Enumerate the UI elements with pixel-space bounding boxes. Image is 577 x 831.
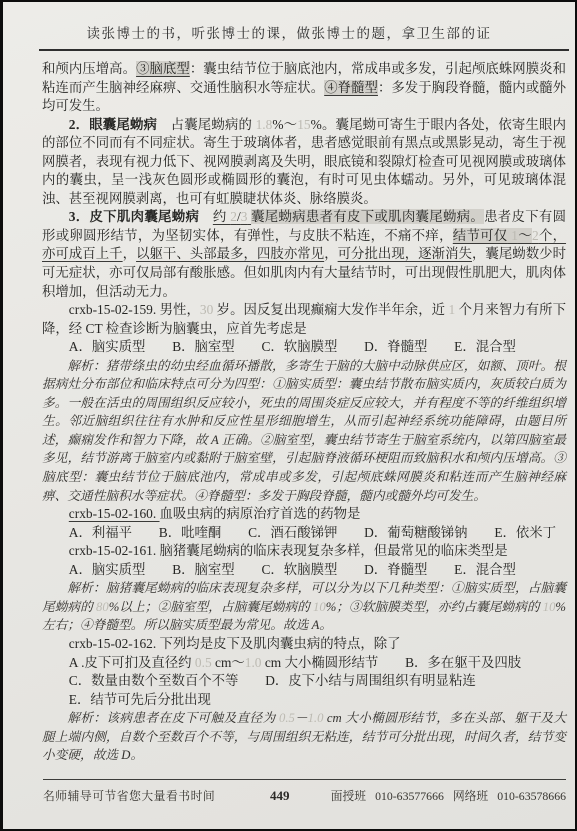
text-segment: 占囊尾蚴病的	[171, 117, 256, 132]
question-160-stem: crxb-15-02-160. 血吸虫病的病原治疗首选的药物是	[42, 505, 566, 524]
text-segment: 1.0	[245, 655, 262, 670]
footer-contact: 面授班 010-63577666 网络班 010-63578666	[325, 787, 566, 804]
header-rule	[39, 49, 569, 51]
text-segment: A．利福平 B．吡喹酮 C．酒石酸锑钾 D．葡萄糖酸锑钠 E．依米丁	[69, 525, 556, 540]
text-segment: C．数量由数个至数百个不等 D．皮下小结与周围组织有明显粘连	[69, 673, 476, 688]
question-162-options-ab: A .皮下可扪及直径约 0.5 cm～1.0 cm 大小椭圆形结节 B．多在躯干…	[42, 654, 566, 673]
text-segment: 解析：猪带绦虫的幼虫经血循环播散，多寄生于脑的大脑中动脉供应区，如额、顶叶。根据…	[42, 359, 566, 503]
text-segment: 囊尾蚴病患者有皮下或肌肉囊尾蚴病。	[251, 209, 484, 224]
question-160-options: A．利福平 B．吡喹酮 C．酒石酸锑钾 D．葡萄糖酸锑钠 E．依米丁	[42, 524, 566, 543]
text-segment: 10	[543, 600, 556, 614]
text-segment: 2	[230, 209, 237, 224]
text-segment: 1.0	[308, 711, 324, 725]
text-segment: 1	[508, 228, 518, 243]
paragraph-subcutaneous-cysticercosis: 3．皮下肌肉囊尾蚴病 约 2/3 囊尾蚴病患者有皮下或肌肉囊尾蚴病。患者皮下有圆…	[42, 208, 566, 301]
text-segment: 1.8	[256, 117, 273, 132]
page-header-slogan: 读张博士的书，听张博士的课，做张博士的题，拿卫生部的证	[3, 2, 575, 42]
footer-slogan: 名师辅导可节省您大量看书时间	[43, 787, 235, 804]
footer-contact-2-label: 网络班	[453, 789, 488, 803]
question-159-options: A．脑实质型 B．脑室型 C．软脑膜型 D．脊髓型 E．混合型	[42, 338, 566, 357]
footer-contact-1-phone: 010-63577666	[375, 789, 444, 803]
text-segment: ，	[123, 246, 136, 261]
text-segment: 3．皮下肌肉囊尾蚴病	[69, 209, 213, 224]
question-161-analysis: 解析：脑猪囊尾蚴病的临床表现复杂多样，可以分为以下几种类型：①脑实质型，占脑囊尾…	[42, 579, 566, 635]
text-segment: ③脑底型	[136, 61, 190, 76]
text-segment: 以躯干、头部最多，四肢亦常见	[136, 246, 324, 261]
question-162-stem: crxb-15-02-162. 下列均是皮下及肌肉囊虫病的特点，除了	[42, 635, 566, 654]
text-segment: 2	[532, 228, 539, 243]
question-161-options: A．脑实质型 B．脑室型 C．软脑膜型 D．脊髓型 E．混合型	[42, 561, 566, 580]
text-segment: 30	[200, 302, 213, 317]
page-footer: 名师辅导可节省您大量看书时间 449 面授班 010-63577666 网络班 …	[43, 779, 566, 804]
text-segment: 结节可仅	[453, 228, 508, 243]
text-segment: crxb-15-02-159. 男性，	[69, 302, 200, 317]
text-segment: 80	[96, 600, 109, 614]
text-segment: crxb-15-02-161. 脑猪囊尾蚴病的临床表现复杂多样，但最常见的临床类…	[69, 543, 508, 558]
text-segment: A．脑实质型 B．脑室型 C．软脑膜型 D．脊髓型 E．混合型	[69, 562, 516, 577]
text-segment: ～	[518, 228, 532, 243]
text-segment: %～	[272, 117, 297, 132]
question-162-analysis: 解析：该病患者在皮下可触及直径为 0.5－1.0 cm 大小椭圆形结节，多在头部…	[42, 709, 566, 765]
text-segment: 约	[213, 209, 230, 224]
question-161-stem: crxb-15-02-161. 脑猪囊尾蚴病的临床表现复杂多样，但最常见的临床类…	[42, 542, 566, 561]
text-segment: %以上；②脑室型，占脑囊尾蚴病的	[109, 600, 313, 614]
text-segment: crxb-15-02-160.	[69, 506, 160, 521]
text-segment: A .皮下可扪及直径约	[69, 655, 195, 670]
text-segment: 和颅内压增高。	[42, 61, 136, 76]
text-segment: 血吸虫病的病原治疗首选的药物是	[160, 506, 361, 521]
text-segment: %；③软脑膜类型，亦约占囊尾蚴病的	[326, 600, 543, 614]
text-segment: cm～	[212, 655, 245, 670]
text-segment: 0.5	[195, 655, 212, 670]
text-segment: A．脑实质型 B．脑室型 C．软脑膜型 D．脊髓型 E．混合型	[69, 339, 516, 354]
footer-contact-2-phone: 010-63578666	[497, 789, 566, 803]
text-segment: crxb-15-02-162. 下列均是皮下及肌肉囊虫病的特点，除了	[69, 636, 401, 651]
question-159-stem: crxb-15-02-159. 男性，30 岁。因反复出现癫痫大发作半年余，近 …	[42, 301, 566, 338]
paragraph-intro-continuation: 和颅内压增高。③脑底型：囊虫结节位于脑底池内，常成串或多发，引起颅底蛛网膜炎和粘…	[42, 60, 566, 116]
question-162-options-cd: C．数量由数个至数百个不等 D．皮下小结与周围组织有明显粘连	[42, 672, 566, 691]
text-segment: 15	[297, 117, 310, 132]
document-body: 和颅内压增高。③脑底型：囊虫结节位于脑底池内，常成串或多发，引起颅底蛛网膜炎和粘…	[3, 60, 575, 765]
text-segment: 0.5	[279, 711, 295, 725]
text-segment: 10	[313, 600, 326, 614]
text-segment: cm 大小椭圆形结节 B．多在躯干及四肢	[262, 655, 522, 670]
paragraph-eye-cysticercosis: 2．眼囊尾蚴病 占囊尾蚴病的 1.8%～15%。囊尾蚴可寄生于眼内各处，依寄生眼…	[42, 116, 566, 209]
scanned-page: 读张博士的书，听张博士的课，做张博士的题，拿卫生部的证 和颅内压增高。③脑底型：…	[3, 2, 575, 829]
text-segment: ④脊髓型	[324, 80, 378, 95]
footer-page-number: 449	[235, 788, 325, 804]
text-segment: ，	[324, 246, 337, 261]
text-segment: E．结节可先后分批出现	[69, 692, 211, 707]
footer-contact-1-label: 面授班	[331, 789, 366, 803]
text-segment: －	[295, 711, 308, 725]
text-segment: 解析：该病患者在皮下可触及直径为	[67, 711, 279, 725]
text-segment: 2．眼囊尾蚴病	[69, 117, 171, 132]
question-162-options-e: E．结节可先后分批出现	[42, 691, 566, 710]
text-segment: 可分批出现，逐渐消失	[338, 246, 472, 261]
question-159-analysis: 解析：猪带绦虫的幼虫经血循环播散，多寄生于脑的大脑中动脉供应区，如额、顶叶。根据…	[42, 357, 566, 505]
text-segment: 岁。因反复出现癫痫大发作半年余，近	[213, 302, 448, 317]
